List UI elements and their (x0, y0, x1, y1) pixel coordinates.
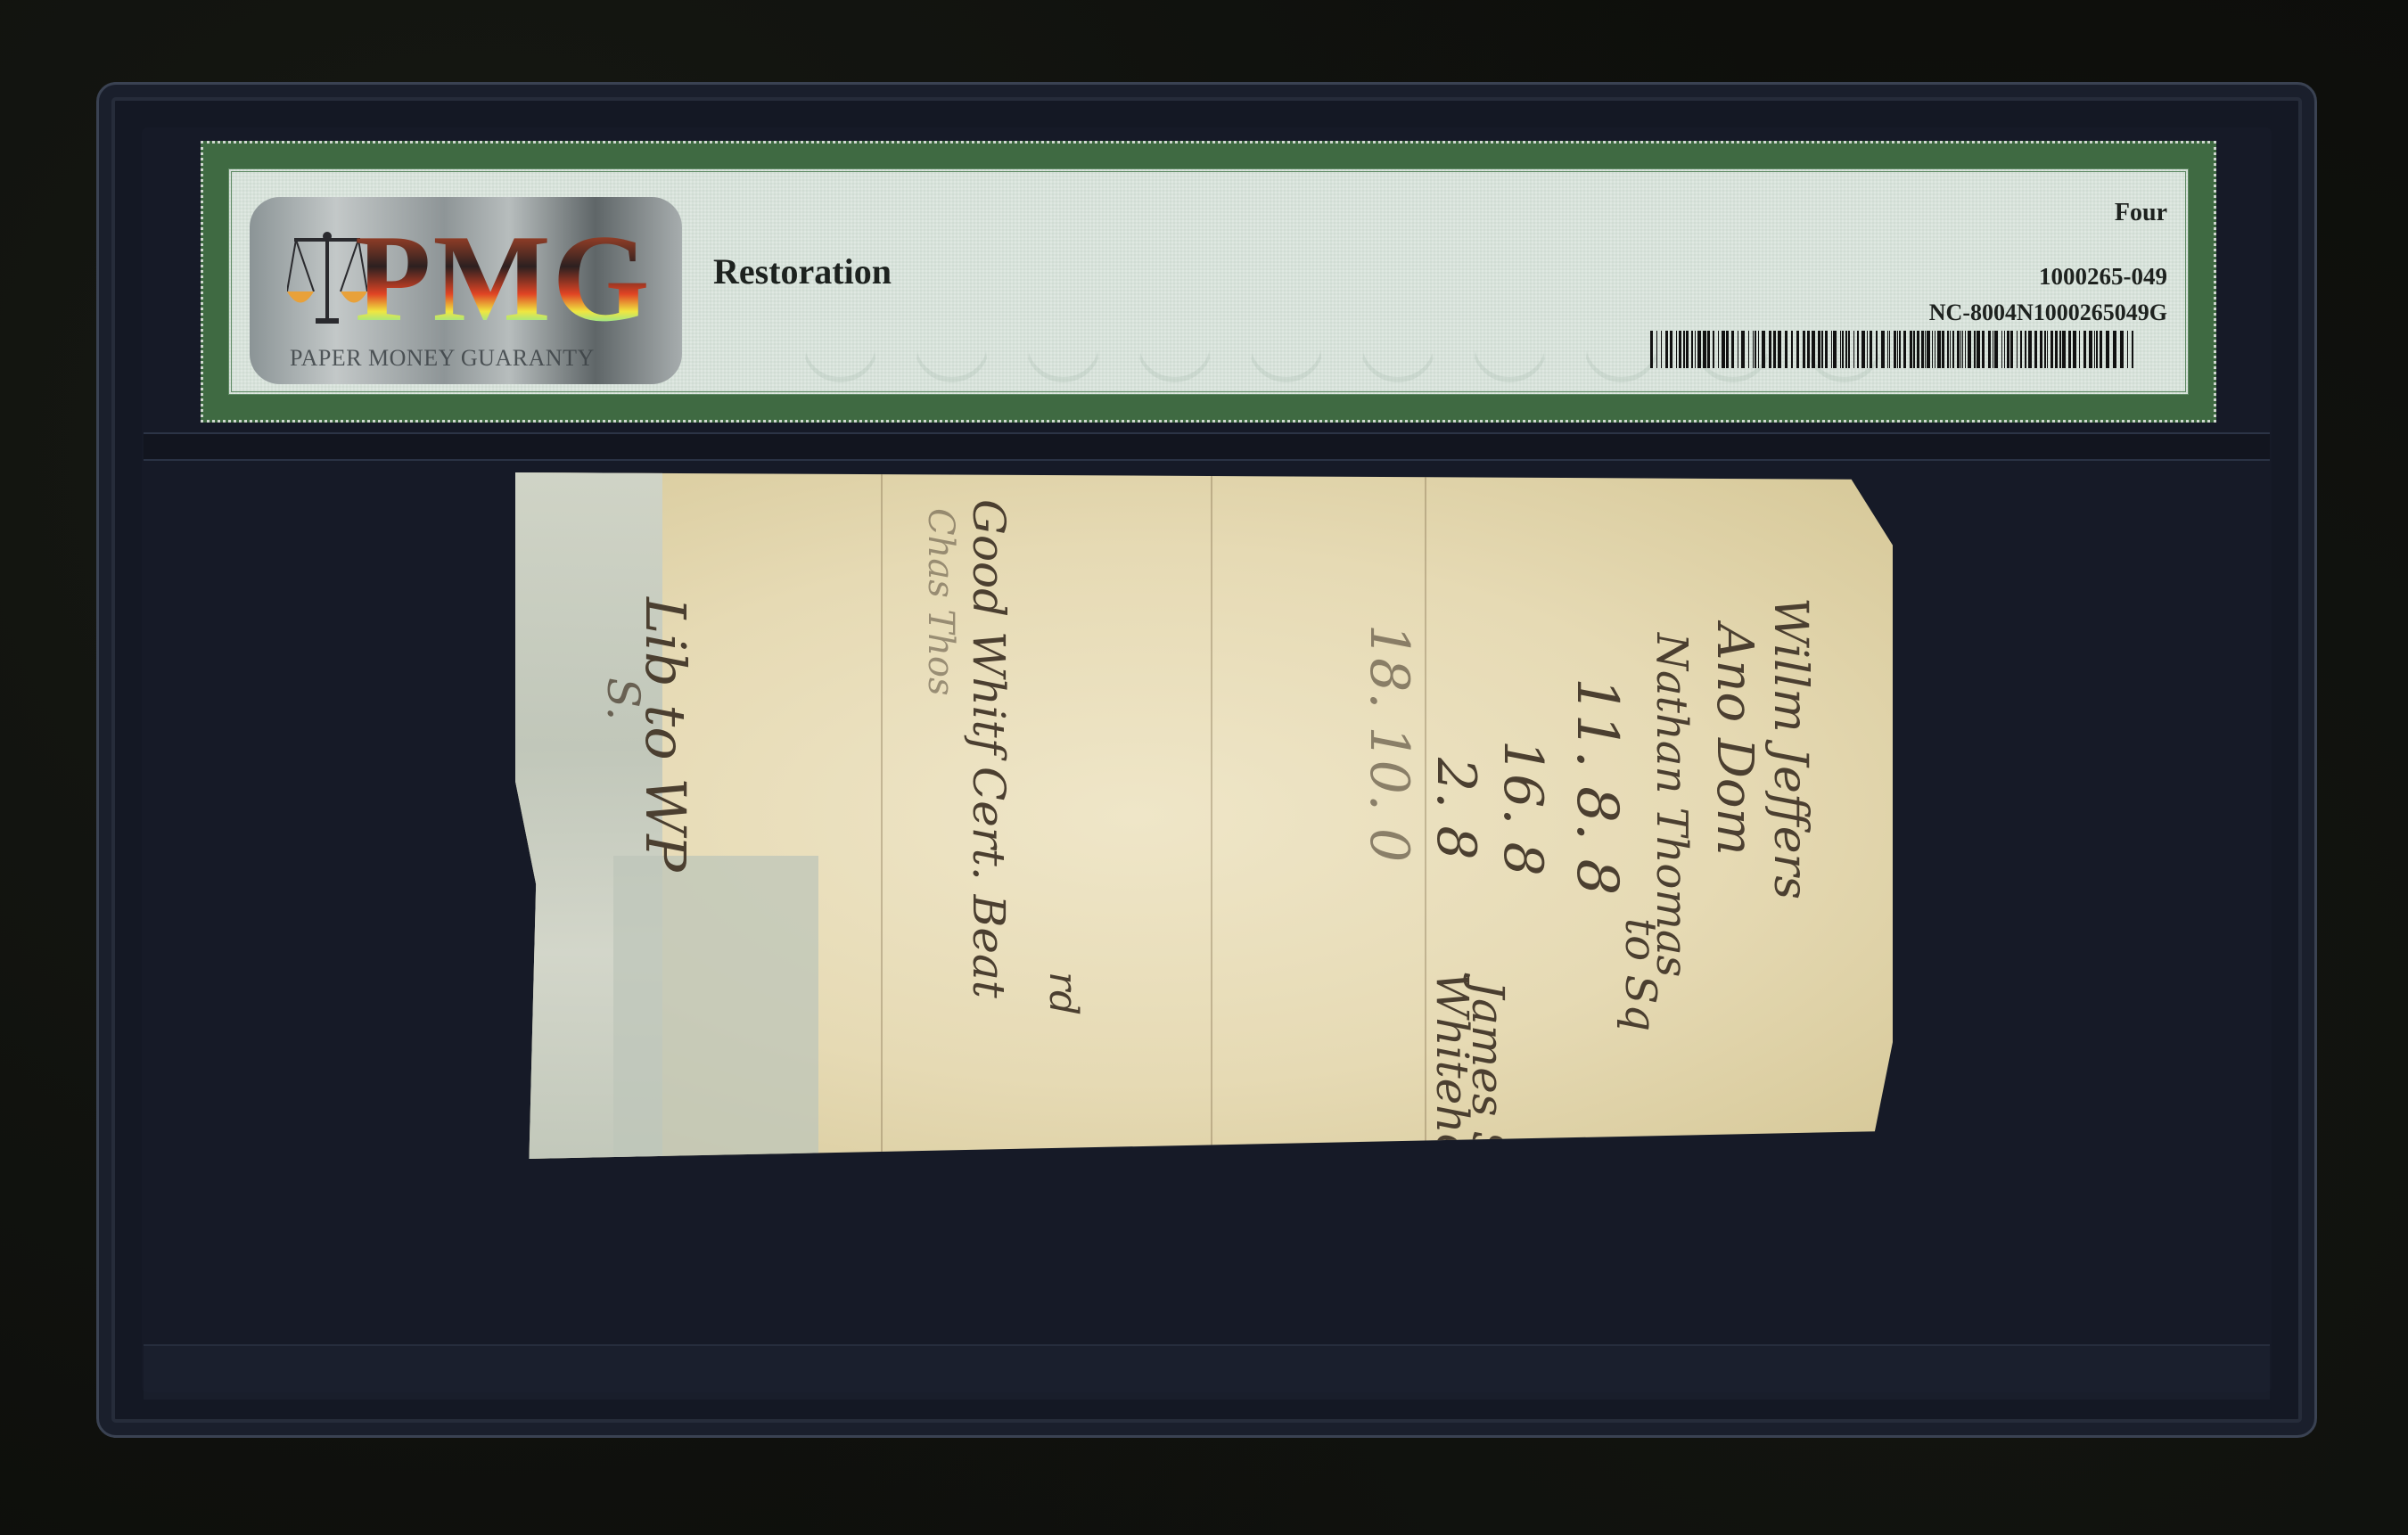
handwriting: 2. 8 (1425, 758, 1487, 860)
barcode-bar (1778, 331, 1781, 368)
barcode (1650, 331, 2167, 368)
barcode-bar (1947, 331, 1949, 368)
handwriting: Willm Jeffers (1763, 597, 1817, 899)
barcode-bar (2094, 331, 2095, 368)
barcode-bar (1818, 331, 1820, 368)
barcode-bar (1803, 331, 1805, 368)
barcode-bar (1857, 331, 1859, 368)
barcode-bar (1713, 331, 1714, 368)
barcode-bar (2044, 331, 2046, 368)
barcode-bar (1758, 331, 1759, 368)
barcode-bar (1994, 331, 1998, 368)
barcode-bar (2028, 331, 2032, 368)
barcode-bar (1960, 331, 1961, 368)
barcode-bar (2120, 331, 2124, 368)
barcode-bar (1670, 331, 1672, 368)
barcode-bar (1910, 331, 1912, 368)
barcode-bar (1748, 331, 1749, 368)
barcode-bar (1932, 331, 1933, 368)
handwriting: rd (1040, 972, 1086, 1015)
barcode-bar (2025, 331, 2026, 368)
label-field: PMG PAPER MONEY GUARANTY Restoration Fou… (228, 168, 2189, 395)
barcode-bar (1738, 331, 1738, 368)
barcode-bar (1831, 331, 1832, 368)
pmg-hologram: PMG PAPER MONEY GUARANTY (250, 197, 682, 384)
fold-line (881, 472, 883, 1159)
barcode-bar (1988, 331, 1991, 368)
barcode-bar (1753, 331, 1754, 368)
barcode-bar (1679, 331, 1681, 368)
barcode-bar (1921, 331, 1924, 368)
barcode-bar (1769, 331, 1771, 368)
fold-line (1211, 472, 1212, 1159)
barcode-bar (1962, 331, 1963, 368)
barcode-bar (1861, 331, 1865, 368)
handwriting: Good Whitf (963, 499, 1015, 754)
barcode-bar (1791, 331, 1793, 368)
barcode-bar (1942, 331, 1944, 368)
barcode-bar (2007, 331, 2009, 368)
barcode-bar (2020, 331, 2022, 368)
barcode-bar (2062, 331, 2066, 368)
barcode-bar (1718, 331, 1719, 368)
barcode-bar (2047, 331, 2048, 368)
barcode-bar (1887, 331, 1888, 368)
barcode-bar (1974, 331, 1976, 368)
barcode-bar (1741, 331, 1745, 368)
barcode-bar (1785, 331, 1788, 368)
barcode-bar (2010, 331, 2013, 368)
label-right-column: Four 1000265-049 NC-8004N1000265049G (1929, 199, 2167, 326)
barcode-bar (1903, 331, 1906, 368)
barcode-bar (1870, 331, 1872, 368)
handwriting: 18. 10. 0 (1358, 624, 1420, 862)
barcode-bar (1697, 331, 1701, 368)
barcode-bar (2073, 331, 2076, 368)
barcode-bar (1913, 331, 1915, 368)
handwriting: to Sq (1615, 918, 1665, 1031)
barcode-bar (1881, 331, 1885, 368)
barcode-bar (2089, 331, 2092, 368)
barcode-bar (1683, 331, 1685, 368)
barcode-bar (1762, 331, 1765, 368)
cert-number: 1000265-049 (1929, 263, 2167, 291)
barcode-bar (1825, 331, 1828, 368)
barcode-bar (1695, 331, 1696, 368)
barcode-bar (1917, 331, 1919, 368)
barcode-bar (2079, 331, 2080, 368)
designation-text: Restoration (713, 250, 892, 292)
barcode-bar (1894, 331, 1896, 368)
barcode-bar (1812, 331, 1815, 368)
barcode-bar (1993, 331, 1993, 368)
barcode-bar (1773, 331, 1776, 368)
barcode-bar (1755, 331, 1756, 368)
barcode-bar (1977, 331, 1980, 368)
barcode-bar (1807, 331, 1810, 368)
barcode-bar (2127, 331, 2128, 368)
barcode-bar (1925, 331, 1926, 368)
handwriting: Cert. Beat (963, 767, 1015, 998)
paper-repair-lower (613, 856, 818, 1159)
barcode-bar (1845, 331, 1847, 368)
barcode-bar (1731, 331, 1734, 368)
barcode-bar (1952, 331, 1954, 368)
barcode-bar (2068, 331, 2071, 368)
barcode-bar (2050, 331, 2053, 368)
barcode-bar (1853, 331, 1854, 368)
barcode-bar (1927, 331, 1930, 368)
barcode-bar (2004, 331, 2005, 368)
barcode-bar (1665, 331, 1668, 368)
barcode-bar (1982, 331, 1985, 368)
barcode-bar (1796, 331, 1799, 368)
handwriting: S. (597, 677, 649, 720)
barcode-bar (1661, 331, 1662, 368)
barcode-bar (1691, 331, 1693, 368)
barcode-bar (1968, 331, 1971, 368)
barcode-bar (1957, 331, 1960, 368)
barcode-bar (2096, 331, 2098, 368)
barcode-bar (1722, 331, 1725, 368)
handwriting: 11. 8. 8 (1564, 677, 1630, 895)
pmg-logo-text: PMG (355, 217, 652, 341)
barcode-bar (2100, 331, 2102, 368)
barcode-bar (1867, 331, 1868, 368)
barcode-bar (1676, 331, 1677, 368)
pmg-subtitle: PAPER MONEY GUARANTY (290, 345, 595, 372)
barcode-bar (1965, 331, 1966, 368)
barcode-bar (2059, 331, 2061, 368)
barcode-bar (1821, 331, 1823, 368)
barcode-bar (1840, 331, 1841, 368)
barcode-bar (1726, 331, 1729, 368)
barcode-bar (2113, 331, 2116, 368)
barcode-bar (1686, 331, 1689, 368)
barcode-bar (2017, 331, 2018, 368)
handwriting: 16. 8 (1492, 740, 1554, 876)
barcode-text: NC-8004N1000265049G (1929, 300, 2167, 326)
barcode-bar (2132, 331, 2133, 368)
barcode-bar (1650, 331, 1653, 368)
handwriting: Lib to WP (633, 597, 698, 872)
holder-bottom-lip (144, 1344, 2270, 1400)
barcode-bar (1656, 331, 1657, 368)
barcode-bar (2001, 331, 2002, 368)
grade-text: Four (1929, 199, 2167, 227)
barcode-bar (1937, 331, 1941, 368)
barcode-bar (2083, 331, 2086, 368)
barcode-bar (2106, 331, 2109, 368)
barcode-bar (1833, 331, 1837, 368)
holder-seam (144, 432, 2270, 461)
barcode-bar (1897, 331, 1898, 368)
handwriting: Chas Thos (920, 508, 961, 696)
handwriting: Ano Dom (1705, 624, 1763, 856)
barcode-bar (1848, 331, 1850, 368)
barcode-bar (2034, 331, 2037, 368)
barcode-bar (1889, 331, 1890, 368)
barcode-bar (2055, 331, 2058, 368)
grading-label: PMG PAPER MONEY GUARANTY Restoration Fou… (201, 141, 2216, 423)
barcode-bar (1899, 331, 1901, 368)
banknote: Willm Jeffers Ano Dom Nathan Thomas 11. … (515, 472, 1893, 1159)
barcode-bar (1876, 331, 1878, 368)
barcode-bar (1842, 331, 1844, 368)
barcode-bar (2040, 331, 2042, 368)
barcode-bar (1703, 331, 1706, 368)
barcode-bar (1950, 331, 1951, 368)
barcode-bar (1707, 331, 1710, 368)
barcode-bar (1935, 331, 1935, 368)
